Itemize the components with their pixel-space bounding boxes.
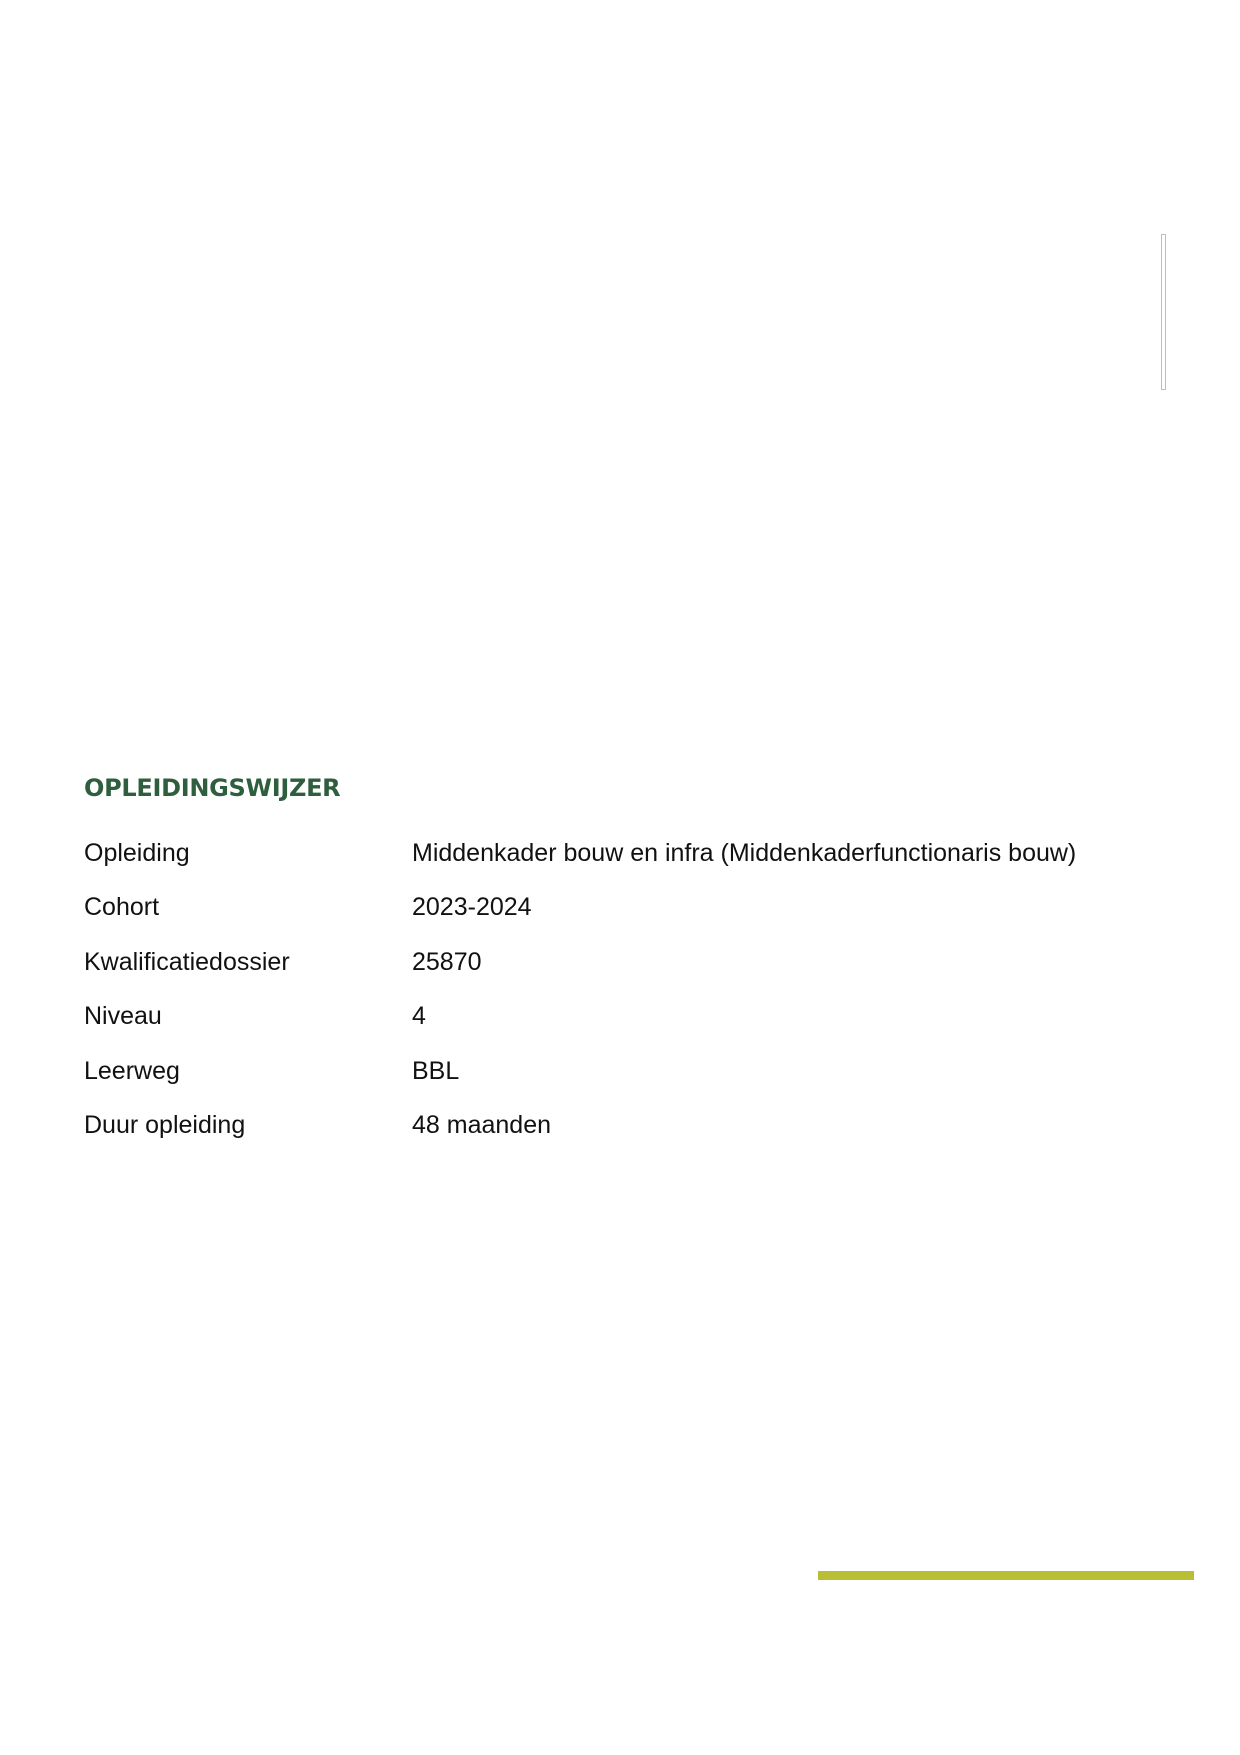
page-title: OPLEIDINGSWIJZER	[84, 774, 340, 802]
side-marker	[1161, 234, 1166, 390]
field-value: Middenkader bouw en infra (Middenkaderfu…	[412, 839, 1076, 868]
info-row-kwalificatiedossier: Kwalificatiedossier 25870	[84, 935, 1076, 990]
field-label: Cohort	[84, 893, 412, 922]
field-value: 2023-2024	[412, 893, 532, 922]
field-value: BBL	[412, 1057, 459, 1086]
field-label: Niveau	[84, 1002, 412, 1031]
accent-bar	[818, 1571, 1194, 1580]
info-row-opleiding: Opleiding Middenkader bouw en infra (Mid…	[84, 826, 1076, 881]
info-row-niveau: Niveau 4	[84, 990, 1076, 1045]
field-label: Leerweg	[84, 1057, 412, 1086]
field-value: 25870	[412, 948, 482, 977]
field-value: 4	[412, 1002, 426, 1031]
info-table: Opleiding Middenkader bouw en infra (Mid…	[84, 826, 1076, 1153]
info-row-duur: Duur opleiding 48 maanden	[84, 1099, 1076, 1154]
field-value: 48 maanden	[412, 1111, 551, 1140]
field-label: Opleiding	[84, 839, 412, 868]
field-label: Kwalificatiedossier	[84, 948, 412, 977]
info-row-cohort: Cohort 2023-2024	[84, 881, 1076, 936]
field-label: Duur opleiding	[84, 1111, 412, 1140]
info-row-leerweg: Leerweg BBL	[84, 1044, 1076, 1099]
